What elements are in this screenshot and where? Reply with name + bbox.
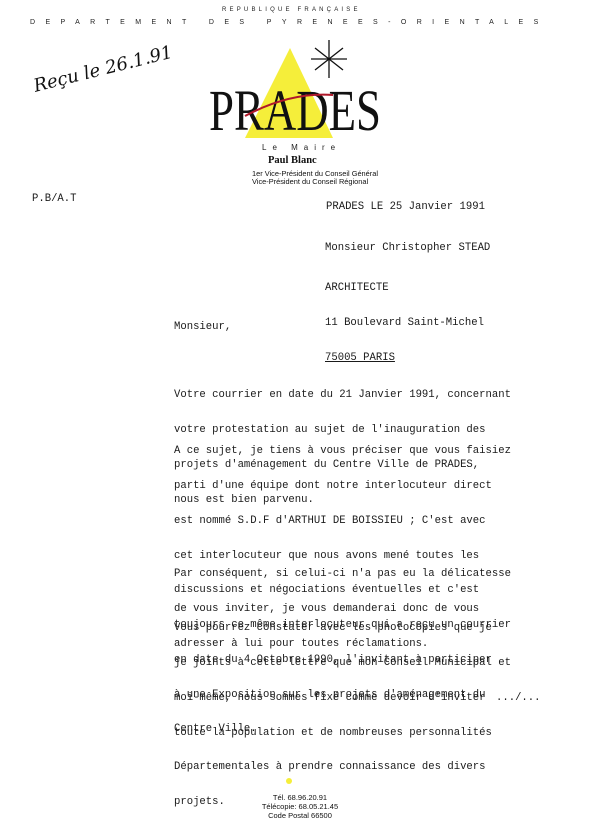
republic-header: REPUBLIQUE FRANÇAISE [222,7,361,13]
asterisk-icon [311,40,347,78]
footer-postal: Code Postal 66500 [230,811,370,820]
prades-logo-graphic: PRADES [205,38,385,150]
line: Votre courrier en date du 21 Janvier 199… [174,390,511,402]
footer-contact: Tél. 68.96.20.91 Télécopie: 68.05.21.45 … [230,793,370,820]
line: Départementales à prendre connaissance d… [174,762,511,774]
footer-fax: Télécopie: 68.05.21.45 [230,802,370,811]
recipient-address: ARCHITECTE 11 Boulevard Saint-Michel 750… [325,260,484,376]
mayor-role-2: Vice-Président du Conseil Régional [252,178,378,186]
prades-logo: PRADES [205,38,385,150]
recipient-profession: ARCHITECTE [325,283,484,295]
logo-wordmark: PRADES [209,78,381,143]
reference-code: P.B/A.T [32,194,77,206]
line: parti d'une équipe dont notre interlocut… [174,481,511,493]
mayor-roles: 1er Vice-Président du Conseil Général Vi… [252,170,378,187]
paragraph-4: Vous pourrez constater avec les photocop… [174,600,511,820]
line: Vous pourrez constater avec les photocop… [174,623,511,635]
recipient-street: 11 Boulevard Saint-Michel [325,318,484,330]
recipient-city: 75005 PARIS [325,353,484,365]
mayor-name: Paul Blanc [268,155,317,166]
salutation: Monsieur, [174,322,231,334]
line: je joints à cette lettre que mon Conseil… [174,658,511,670]
continuation-marker: .../... [496,693,541,705]
line: est nommé S.D.F d'ARTHUI DE BOISSIEU ; C… [174,516,511,528]
handwritten-received-note: Reçu le 26.1.91 [31,42,174,97]
footer-tel: Tél. 68.96.20.91 [230,793,370,802]
line: toute la population et de nombreuses per… [174,728,511,740]
recipient-name: Monsieur Christopher STEAD [325,243,490,255]
mayor-title: Le Maire [262,143,341,152]
department-header: DEPARTEMENT DES PYRENEES-ORIENTALES [30,19,549,26]
footer-yellow-mark [286,778,292,784]
line: A ce sujet, je tiens à vous préciser que… [174,446,511,458]
line: Par conséquent, si celui-ci n'a pas eu l… [174,569,511,581]
line: moi-même, nous sommes fixé comme devoir … [174,693,511,705]
date-line: PRADES LE 25 Janvier 1991 [326,202,485,214]
